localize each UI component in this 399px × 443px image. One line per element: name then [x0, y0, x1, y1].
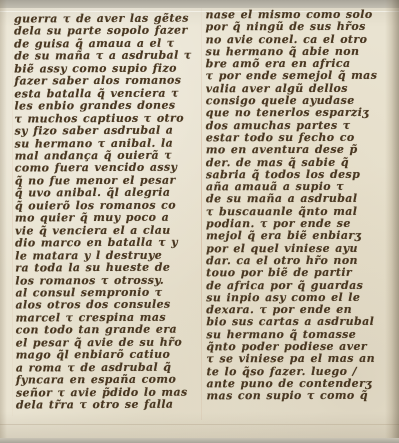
text-column-right: nase el mismo como solopor q̃ ningũ de s… — [205, 9, 390, 403]
manuscript-page: guerra τ de aver las gẽtesdela su parte … — [0, 0, 399, 443]
manuscript-line: τ se viniese pa el mas an — [206, 353, 390, 366]
manuscript-line: mas con supio τ como q̃ — [206, 390, 390, 403]
page-edge-left-shadow — [0, 0, 7, 443]
manuscript-line: que no tenerlos esparziʒ — [206, 107, 390, 120]
manuscript-line: dela tr̃ra τ otro se falla — [16, 399, 194, 412]
text-column-left: guerra τ de aver las gẽtesdela su parte … — [14, 13, 194, 412]
scan-edge-top — [0, 0, 399, 8]
manuscript-line: mejol q̃ era biẽ enbiarʒ — [206, 230, 390, 243]
manuscript-line: ra toda la su hueste de — [15, 262, 193, 275]
column-ruling-line-left — [12, 12, 13, 416]
scan-edge-bottom — [0, 438, 399, 443]
manuscript-line: mo en aventura dese p̃ — [206, 144, 390, 157]
parchment-crease-bottom — [0, 424, 399, 425]
column-ruling-line-right — [201, 8, 202, 420]
